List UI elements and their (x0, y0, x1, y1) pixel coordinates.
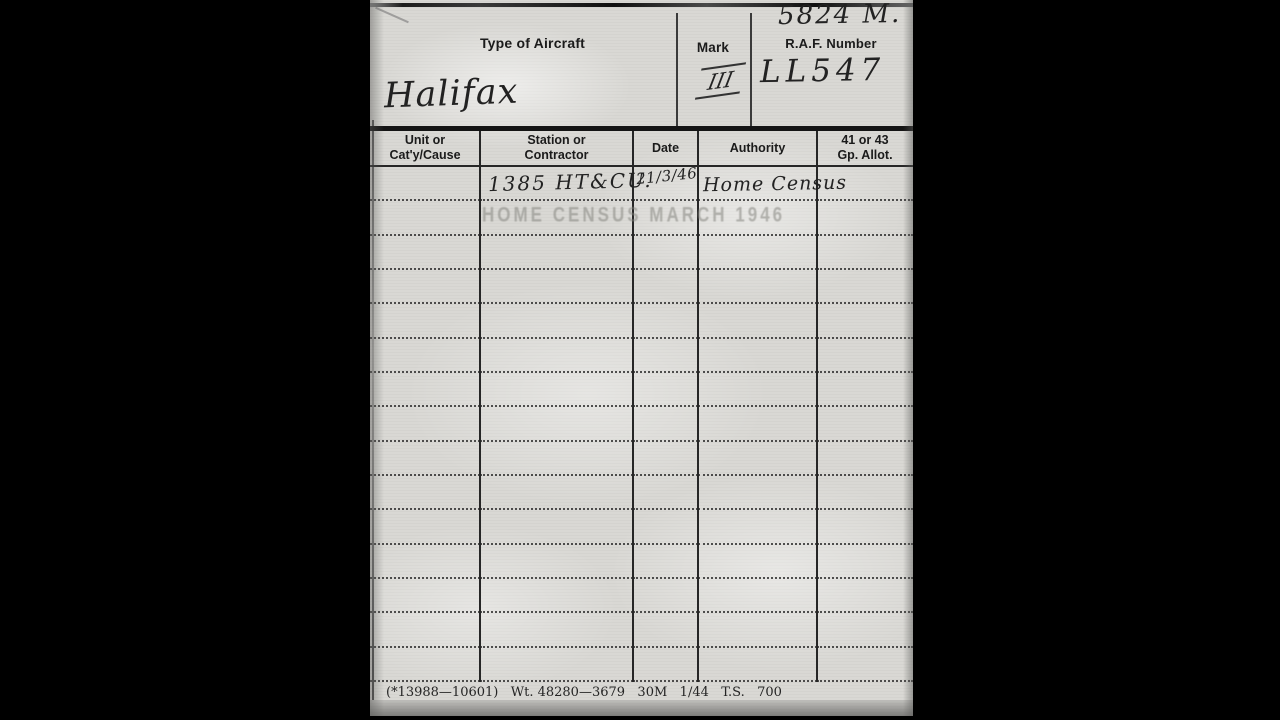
table-cell (370, 613, 480, 647)
table-row (370, 648, 913, 682)
table-row (370, 236, 913, 270)
table-cell (698, 510, 817, 544)
table-cell (370, 510, 480, 544)
table-cell (817, 373, 913, 407)
table-cell (698, 304, 817, 338)
table-cell (480, 545, 633, 579)
table-cell (480, 236, 633, 270)
column-divider-1 (479, 131, 481, 682)
table-cell (480, 510, 633, 544)
table-cell (817, 579, 913, 613)
table-row (370, 545, 913, 579)
header-station-or-contractor: Station or Contractor (480, 131, 633, 167)
table-cell (370, 648, 480, 682)
header-line: Cat'y/Cause (389, 148, 460, 163)
header-line: Contractor (525, 148, 589, 163)
table-cell (633, 476, 698, 510)
table-cell (817, 339, 913, 373)
table-cell (480, 270, 633, 304)
table-row (370, 339, 913, 373)
mark-label: Mark (676, 40, 750, 55)
table-cell (698, 339, 817, 373)
table-cell (817, 510, 913, 544)
table-cell (480, 648, 633, 682)
table-cell (370, 167, 480, 201)
table-row (370, 476, 913, 510)
table-cell (817, 613, 913, 647)
table-cell (480, 476, 633, 510)
table-cell (817, 304, 913, 338)
header-line: Station or (527, 133, 585, 148)
table-cell (698, 236, 817, 270)
table-cell (480, 339, 633, 373)
census-stamp: HOME CENSUS MARCH 1946 (482, 203, 785, 228)
header-line: Gp. Allot. (837, 148, 892, 163)
table-cell (633, 579, 698, 613)
mark-value-text: III (695, 62, 746, 99)
table-cell (698, 442, 817, 476)
table-cell (633, 373, 698, 407)
table-cell (698, 407, 817, 441)
mark-box-right-line (750, 13, 752, 126)
record-card: Type of Aircraft Mark R.A.F. Number Hali… (370, 0, 913, 716)
table-cell (698, 648, 817, 682)
header-authority: Authority (698, 131, 817, 167)
table-cell (370, 236, 480, 270)
table-row (370, 613, 913, 647)
table-cell (633, 442, 698, 476)
table-cell (698, 476, 817, 510)
table-row (370, 579, 913, 613)
column-divider-4 (816, 131, 818, 682)
table-cell (817, 648, 913, 682)
table-cell (370, 407, 480, 441)
header-gp-allot: 41 or 43 Gp. Allot. (817, 131, 913, 167)
table-cell (633, 648, 698, 682)
table-cell (698, 613, 817, 647)
table-cell (698, 579, 817, 613)
table-row (370, 407, 913, 441)
paper-left-shadow (370, 0, 384, 716)
mark-handwritten: III (698, 66, 743, 96)
header-unit-or-category: Unit or Cat'y/Cause (370, 131, 480, 167)
header-date: Date (633, 131, 698, 167)
table-cell (480, 442, 633, 476)
table-cell (370, 270, 480, 304)
table-cell (633, 510, 698, 544)
raf-number-label: R.A.F. Number (752, 36, 910, 51)
table-cell (633, 407, 698, 441)
table-cell (698, 545, 817, 579)
table-row (370, 510, 913, 544)
print-code: (*13988—10601) Wt. 48280—3679 30M 1/44 T… (386, 685, 782, 700)
table-cell (817, 270, 913, 304)
table-header: Unit or Cat'y/Cause Station or Contracto… (370, 131, 913, 167)
header-line: 41 or 43 (841, 133, 888, 148)
table-cell (370, 201, 480, 235)
table-cell (370, 442, 480, 476)
paper-right-shadow (903, 0, 913, 716)
entry-authority-handwritten: Home Census (703, 172, 847, 197)
table-cell (633, 339, 698, 373)
table-cell (480, 407, 633, 441)
table-cell (633, 236, 698, 270)
table-cell (370, 304, 480, 338)
type-of-aircraft-label: Type of Aircraft (425, 35, 640, 51)
aircraft-type-handwritten: Halifax (383, 72, 519, 117)
table-cell (817, 236, 913, 270)
table-row (370, 442, 913, 476)
header-line: Date (652, 141, 679, 156)
screenshot-stage: Type of Aircraft Mark R.A.F. Number Hali… (0, 0, 1280, 720)
table-cell (817, 476, 913, 510)
table-cell (370, 579, 480, 613)
table-cell (370, 339, 480, 373)
table-cell (370, 476, 480, 510)
table-cell (480, 579, 633, 613)
table-cell (633, 270, 698, 304)
table-row (370, 304, 913, 338)
header-line: Unit or (405, 133, 445, 148)
table-row (370, 270, 913, 304)
paper-bottom-shadow (370, 700, 913, 716)
table-cell (698, 270, 817, 304)
mark-box-left-line (676, 13, 678, 126)
table-cell (633, 545, 698, 579)
table-cell (370, 373, 480, 407)
table-cell (633, 613, 698, 647)
table-row (370, 373, 913, 407)
table-cell (370, 545, 480, 579)
table-cell (480, 304, 633, 338)
table-cell (817, 407, 913, 441)
table-cell (817, 442, 913, 476)
table-cell (480, 373, 633, 407)
entry-station-handwritten: 1385 HT&CU. (488, 168, 653, 196)
table-cell (480, 613, 633, 647)
header-line: Authority (730, 141, 786, 156)
table-rows (370, 167, 913, 682)
table-cell (698, 373, 817, 407)
maintenance-serial-handwritten: 5824 M. (778, 0, 902, 31)
raf-number-handwritten: LL547 (760, 52, 886, 90)
table-cell (817, 201, 913, 235)
table-cell (633, 304, 698, 338)
table-cell (817, 545, 913, 579)
